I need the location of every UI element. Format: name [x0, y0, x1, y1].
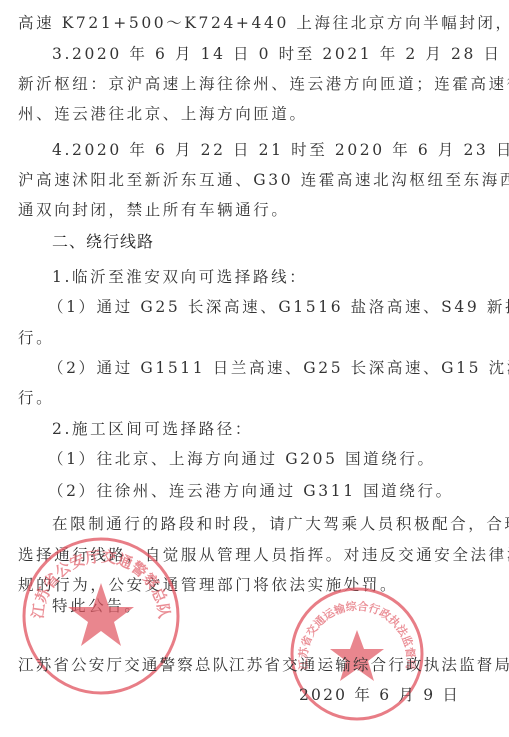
section-heading: 二、绕行线路: [52, 232, 154, 252]
paragraph-line: 在限制通行的路段和时段，请广大驾乘人员积极配合，合理: [52, 514, 509, 534]
paragraph-line: （2）往徐州、连云港方向通过 G311 国道绕行。: [48, 481, 454, 501]
paragraph-line: 2.施工区间可选择路径：: [52, 419, 253, 439]
paragraph-line: 通双向封闭，禁止所有车辆通行。: [18, 200, 290, 220]
notice-document: 高速 K721+500～K724+440 上海往北京方向半幅封闭，借道通行。 3…: [0, 0, 509, 737]
paragraph-line: （2）通过 G1511 日兰高速、G25 长深高速、G15 沈海高速绕: [48, 358, 509, 378]
paragraph-line: 沪高速沭阳北至新沂东互通、G30 连霍高速北沟枢纽至东海西互: [18, 170, 509, 190]
paragraph-line: 州、连云港往北京、上海方向匝道。: [18, 104, 308, 124]
paragraph-line: 行。: [18, 328, 54, 348]
paragraph-line: 选择通行线路，自觉服从管理人员指挥。对违反交通安全法律法: [18, 545, 509, 565]
paragraph-line: 3.2020 年 6 月 14 日 0 时至 2021 年 2 月 28 日 2…: [52, 44, 509, 64]
paragraph-line: 4.2020 年 6 月 22 日 21 时至 2020 年 6 月 23 日 …: [52, 140, 509, 160]
paragraph-line: （1）往北京、上海方向通过 G205 国道绕行。: [48, 449, 436, 469]
paragraph-line: 高速 K721+500～K724+440 上海往北京方向半幅封闭，借道通行。: [18, 13, 509, 33]
closing-line: 特此公告。: [52, 596, 143, 616]
signature-date: 2020 年 6 月 9 日: [299, 683, 460, 705]
signature-right-org: 江苏省交通运输综合行政执法监督局: [229, 653, 509, 675]
paragraph-line: （1）通过 G25 长深高速、G1516 盐洛高速、S49 新扬高速绕: [48, 297, 509, 317]
paragraph-line: 新沂枢纽：京沪高速上海往徐州、连云港方向匝道；连霍高速徐: [18, 74, 509, 94]
paragraph-line: 规的行为，公安交通管理部门将依法实施处罚。: [18, 575, 398, 595]
paragraph-line: 1.临沂至淮安双向可选择路线：: [52, 267, 307, 287]
signature-left-org: 江苏省公安厅交通警察总队: [18, 653, 230, 675]
paragraph-line: 行。: [18, 388, 54, 408]
